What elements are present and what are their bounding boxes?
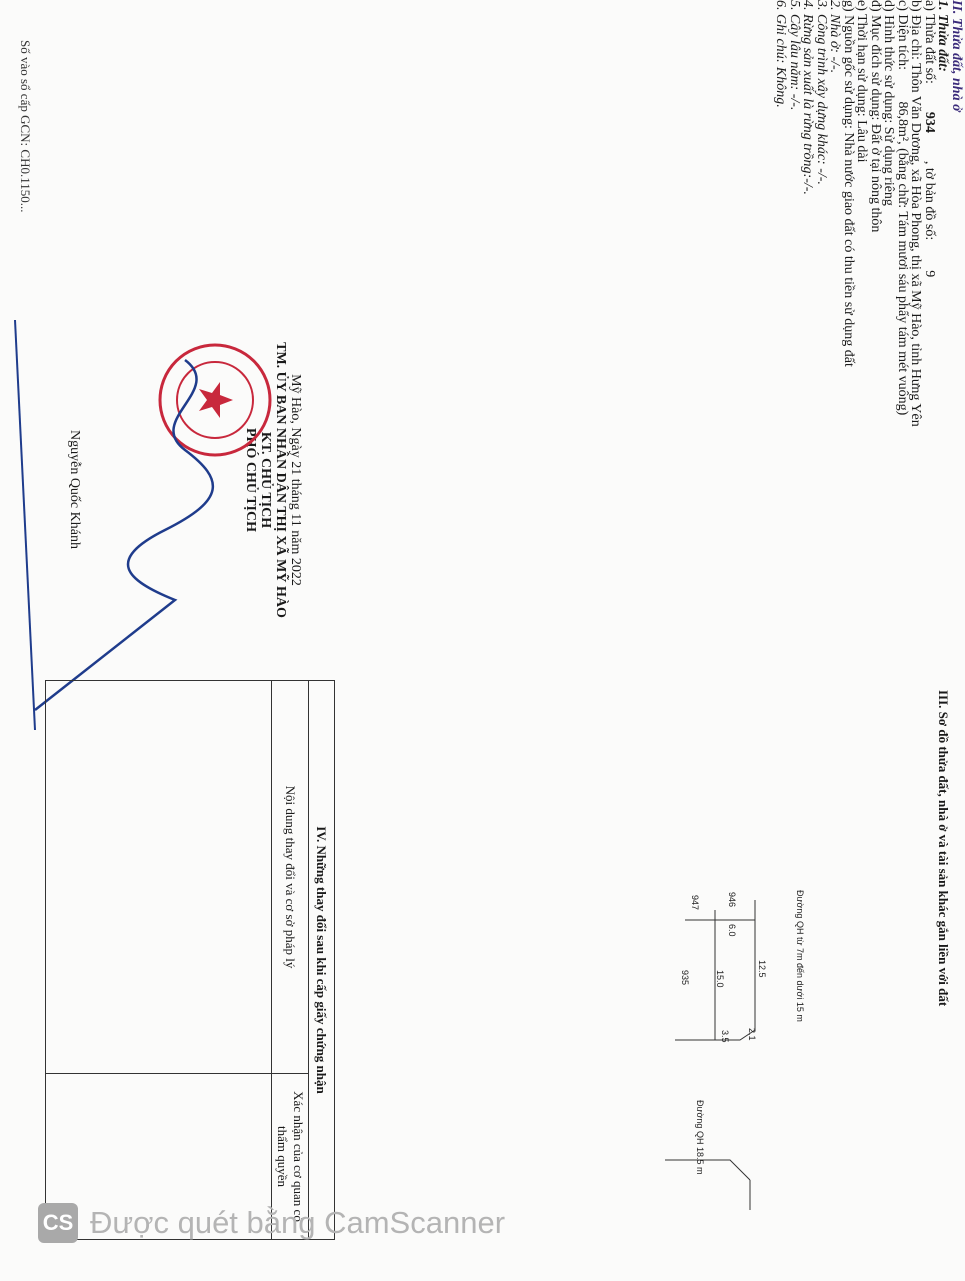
gcn-entry-number: Số vào sổ cấp GCN: CH0.1150... (17, 40, 33, 213)
signer-name: Nguyễn Quốc Khánh (66, 430, 82, 549)
watermark-text: Được quét bằng CamScanner (90, 1205, 505, 1241)
use-origin: g) Nguồn gốc sử dụng: Nhà nước giao đất … (842, 0, 856, 427)
handwritten-signature-icon (0, 300, 285, 740)
section3-title: III. Sơ đồ thửa đất, nhà ở và tài sản kh… (935, 690, 951, 1006)
section4-title: IV. Những thay đổi sau khi cấp giấy chứn… (309, 681, 335, 1240)
item-other-works: 3. Công trình xây dựng khác: -/-. (815, 0, 829, 427)
camscanner-watermark: CS Được quét bằng CamScanner (38, 1203, 505, 1243)
use-form: d) Hình thức sử dụng: Sử dụng riêng (882, 0, 896, 427)
changes-table: IV. Những thay đổi sau khi cấp giấy chứn… (45, 680, 335, 1240)
parcel-number: 934 (923, 87, 937, 157)
parcel-sketch: Đường QH từ 7m đến dưới 15 m 12.5 2.1 3.… (575, 880, 815, 1240)
column-change-content: Nội dung thay đổi và cơ sở pháp lý (272, 681, 309, 1074)
land-title: 1. Thửa đất: (936, 0, 950, 427)
parcel-number-line: a) Thửa đất số: 934 , tờ bản đồ số: 9 (923, 0, 937, 427)
changes-empty-cell (46, 681, 272, 1074)
item-house: 2. Nhà ở: -/-. (828, 0, 842, 427)
certificate-page: II. Thửa đất, nhà ở 1. Thửa đất: a) Thửa… (0, 0, 965, 1281)
land-details: II. Thửa đất, nhà ở 1. Thửa đất: a) Thửa… (774, 0, 963, 427)
camscanner-logo-icon: CS (38, 1203, 78, 1243)
address: b) Địa chỉ: Thôn Văn Dương, xã Hòa Phong… (909, 0, 923, 427)
parcel-lines (575, 880, 815, 1240)
date-line: Mỹ Hào, Ngày 21 tháng 11 năm 2022 (288, 330, 303, 630)
map-sheet: 9 (923, 244, 937, 304)
use-term: e) Thời hạn sử dụng: Lâu dài (855, 0, 869, 427)
section-heading: II. Thửa đất, nhà ở (950, 0, 964, 427)
item-note: 6. Ghi chú: Không. (774, 0, 788, 427)
area: c) Diện tích: 86,8m², (bằng chữ: Tám mươ… (896, 0, 910, 427)
use-purpose: đ) Mục đích sử dụng: Đất ở tại nông thôn (869, 0, 883, 427)
item-forest: 4. Rừng sản xuất là rừng trồng:-/-. (801, 0, 815, 427)
item-perennial: 5. Cây lâu năm: -/-. (788, 0, 802, 427)
